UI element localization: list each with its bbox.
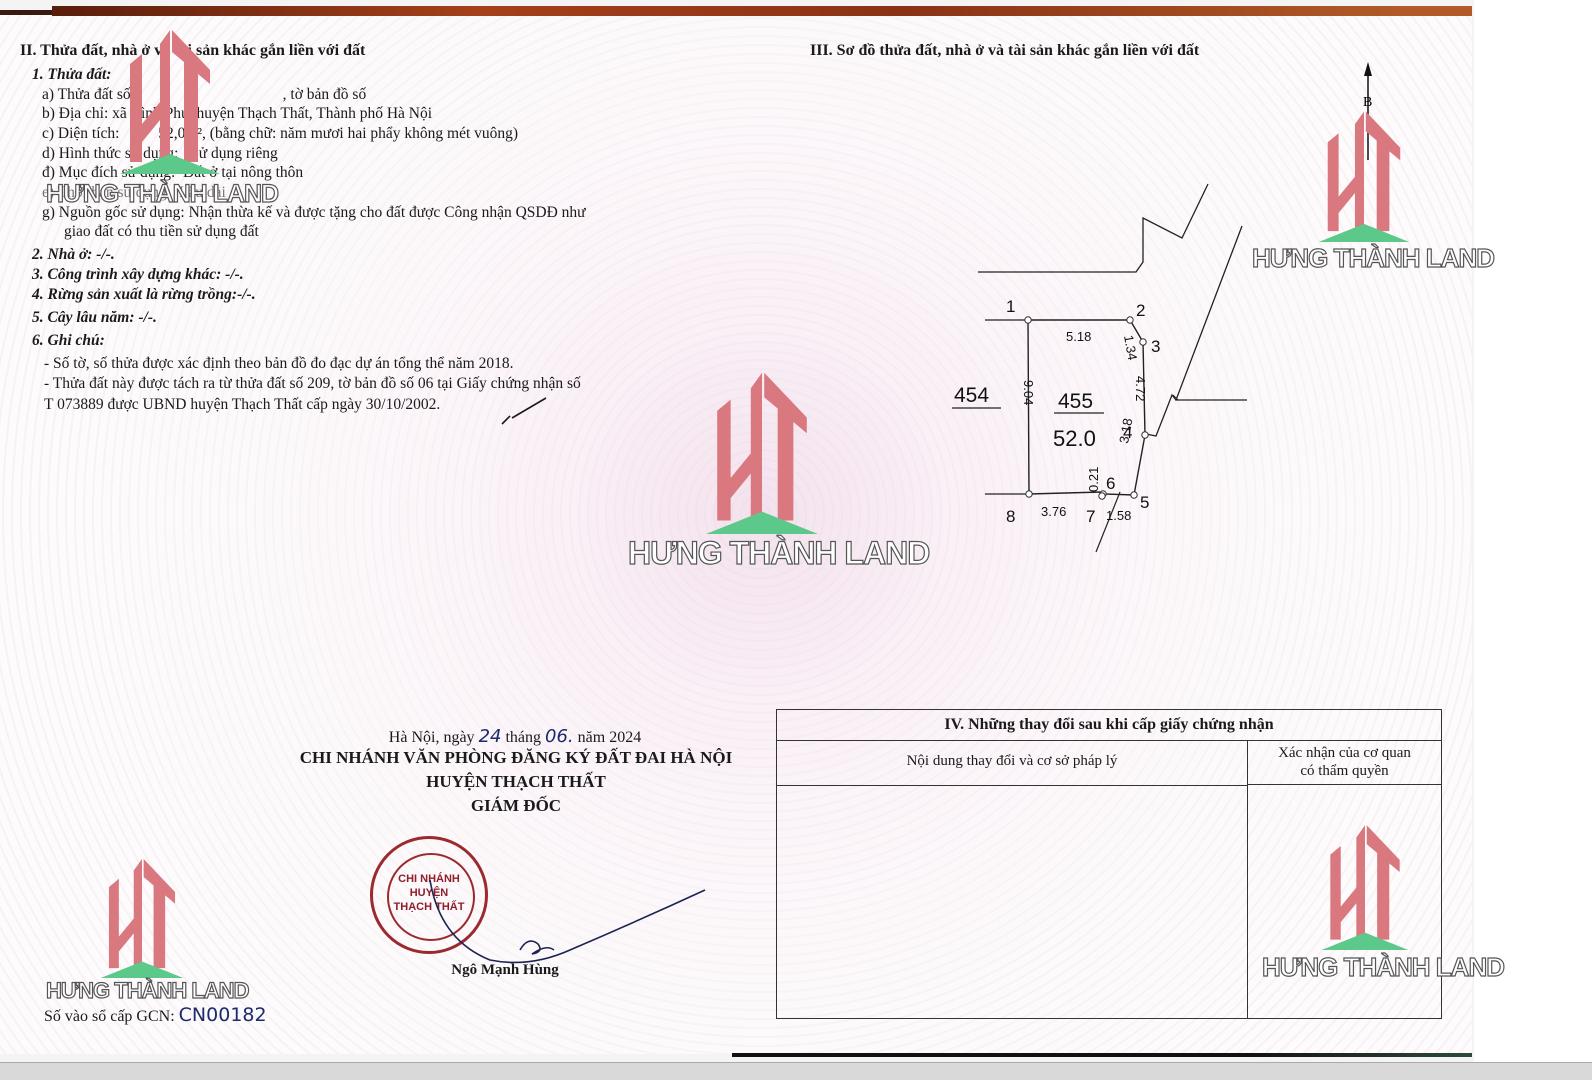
- svg-text:3.76: 3.76: [1041, 504, 1066, 519]
- changes-col-confirmation: Xác nhận của cơ quan có thẩm quyền: [1247, 741, 1441, 785]
- notes-heading: 6. Ghi chú:: [32, 332, 105, 350]
- watermark-logo-icon: [1305, 106, 1423, 242]
- svg-text:0.21: 0.21: [1086, 467, 1101, 492]
- svg-text:1: 1: [1006, 297, 1015, 316]
- issuing-office: CHI NHÁNH VĂN PHÒNG ĐĂNG KÝ ĐẤT ĐAI HÀ N…: [256, 748, 776, 768]
- watermark-text: HƯNG THÀNH LAND: [1252, 243, 1494, 274]
- svg-text:455: 455: [1058, 390, 1093, 413]
- watermark-text: HƯNG THÀNH LAND: [628, 535, 929, 572]
- svg-text:8: 8: [1006, 507, 1015, 526]
- signer-role: GIÁM ĐỐC: [256, 796, 776, 816]
- page-edge: [0, 10, 52, 15]
- svg-text:3.18: 3.18: [1116, 417, 1135, 445]
- svg-text:1.34: 1.34: [1121, 334, 1140, 362]
- changes-col-content: Nội dung thay đổi và cơ sở pháp lý: [777, 741, 1247, 786]
- changes-table-title: IV. Những thay đổi sau khi cấp giấy chứn…: [777, 710, 1441, 741]
- svg-text:6: 6: [1106, 474, 1115, 493]
- svg-text:9.04: 9.04: [1021, 380, 1036, 405]
- watermark-logo-icon: [92, 854, 192, 978]
- svg-text:5.18: 5.18: [1066, 329, 1091, 344]
- watermark-text: HƯNG THÀNH LAND: [1262, 952, 1504, 983]
- note-2: - Thửa đất này được tách ra từ thửa đất …: [44, 375, 581, 393]
- section3-title: III. Sơ đồ thửa đất, nhà ở và tài sản kh…: [810, 42, 1199, 60]
- cover-edge-strip: [52, 6, 1472, 16]
- svg-text:2: 2: [1136, 301, 1145, 320]
- checkmark-icon: [500, 396, 550, 430]
- svg-text:5: 5: [1140, 493, 1149, 512]
- margin-blank: [1474, 0, 1592, 1062]
- note-2-cont: T 073889 được UBND huyện Thạch Thất cấp …: [44, 396, 440, 414]
- land-parcel-heading: 1. Thửa đất:: [32, 66, 111, 84]
- issuing-district: HUYỆN THẠCH THẤT: [256, 772, 776, 792]
- watermark-logo-icon: [692, 366, 832, 534]
- svg-text:4.72: 4.72: [1133, 376, 1148, 401]
- watermark-text: HƯNG THÀNH LAND: [46, 978, 248, 1004]
- forest-item: 4. Rừng sản xuất là rừng trồng:-/-.: [32, 286, 256, 304]
- svg-text:1.58: 1.58: [1106, 508, 1131, 523]
- area: c) Diện tích: 52,0m², (bằng chữ: năm mươ…: [42, 125, 518, 143]
- svg-text:7: 7: [1086, 507, 1095, 526]
- issue-date: Hà Nội, ngày 24 tháng 06. năm 2024: [270, 726, 760, 747]
- bottom-binding-line: [732, 1053, 1472, 1057]
- usage-origin-cont: giao đất có thu tiền sử dụng đất: [64, 223, 259, 241]
- svg-text:52.0: 52.0: [1053, 426, 1096, 451]
- signer-name: Ngô Mạnh Hùng: [430, 962, 580, 979]
- issue-day: 24: [479, 726, 502, 747]
- watermark-text: HƯNG THÀNH LAND: [46, 180, 278, 209]
- svg-text:454: 454: [954, 384, 989, 407]
- perennial-tree-item: 5. Cây lâu năm: -/-.: [32, 309, 157, 327]
- house-item: 2. Nhà ở: -/-.: [32, 246, 115, 264]
- note-1: - Số tờ, số thửa được xác định theo bản …: [44, 355, 513, 373]
- bottom-edge: [0, 1062, 1592, 1080]
- issue-month: 06.: [545, 726, 574, 747]
- registry-number: Số vào sổ cấp GCN: CN00182: [44, 1004, 267, 1026]
- other-construction-item: 3. Công trình xây dựng khác: -/-.: [32, 266, 244, 284]
- watermark-logo-icon: [120, 24, 220, 174]
- registry-value: CN00182: [179, 1004, 267, 1026]
- watermark-logo-icon: [1310, 820, 1420, 950]
- signature-scribble: [420, 880, 720, 970]
- address: b) Địa chỉ: xã Bình Phú, huyện Thạch Thấ…: [42, 105, 432, 123]
- svg-text:3: 3: [1151, 337, 1160, 356]
